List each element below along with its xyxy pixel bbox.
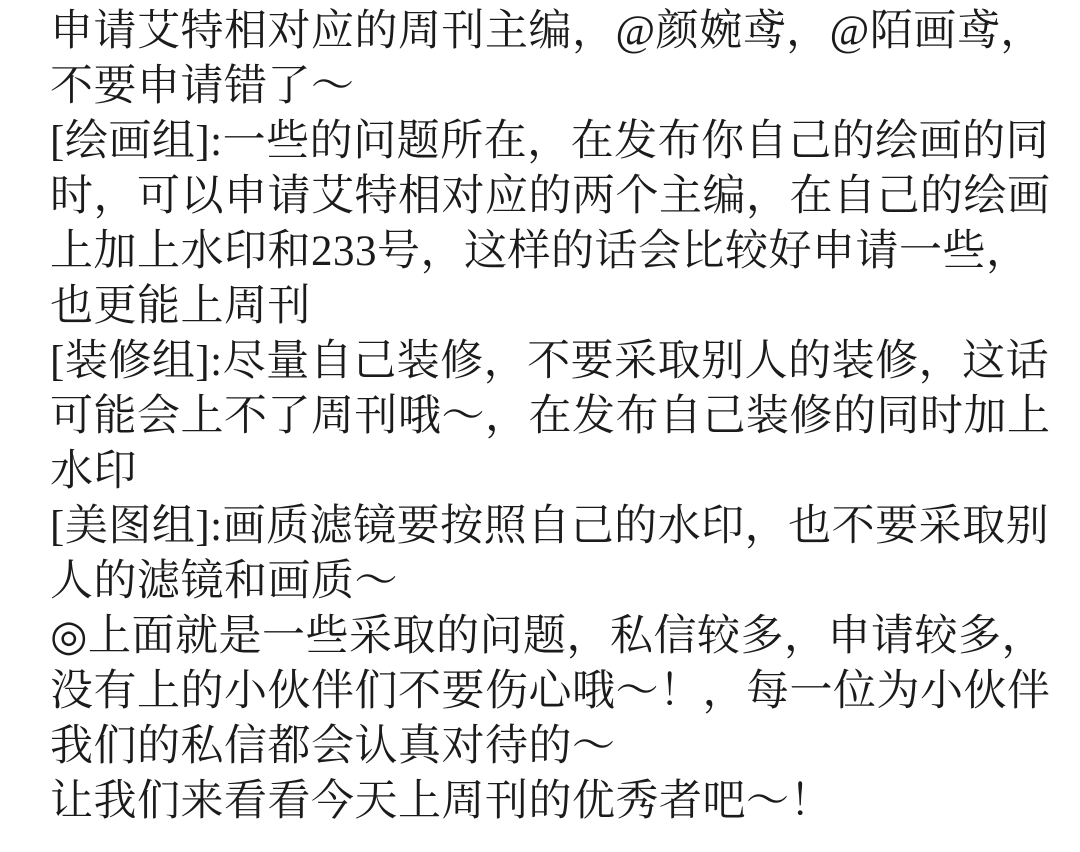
text-line: [绘画组]:一些的问题所在，在发布你自己的绘画的同 (50, 114, 1060, 169)
text-line: 我们的私信都会认真对待的～ (50, 719, 1060, 774)
text-line: 水印 (50, 444, 1060, 499)
announcement-text: 申请艾特相对应的周刊主编，@颜婉鸢，@陌画鸢， 不要申请错了～ [绘画组]:一些… (50, 4, 1060, 829)
text-line: 人的滤镜和画质～ (50, 554, 1060, 609)
text-line: 申请艾特相对应的周刊主编，@颜婉鸢，@陌画鸢， (50, 4, 1060, 59)
text-line: 让我们来看看今天上周刊的优秀者吧～！ (50, 774, 1060, 829)
document-page: 申请艾特相对应的周刊主编，@颜婉鸢，@陌画鸢， 不要申请错了～ [绘画组]:一些… (0, 0, 1080, 852)
text-line: 上加上水印和233号，这样的话会比较好申请一些， (50, 224, 1060, 279)
text-line: ◎上面就是一些采取的问题，私信较多，申请较多， (50, 609, 1060, 664)
text-line: 没有上的小伙伴们不要伤心哦～！，每一位为小伙伴 (50, 664, 1060, 719)
text-line: 不要申请错了～ (50, 59, 1060, 114)
text-line: 也更能上周刊 (50, 279, 1060, 334)
text-line: [美图组]:画质滤镜要按照自己的水印，也不要采取别 (50, 499, 1060, 554)
text-line: 时，可以申请艾特相对应的两个主编，在自己的绘画 (50, 169, 1060, 224)
text-line: 可能会上不了周刊哦～，在发布自己装修的同时加上 (50, 389, 1060, 444)
text-line: [装修组]:尽量自己装修，不要采取别人的装修，这话 (50, 334, 1060, 389)
